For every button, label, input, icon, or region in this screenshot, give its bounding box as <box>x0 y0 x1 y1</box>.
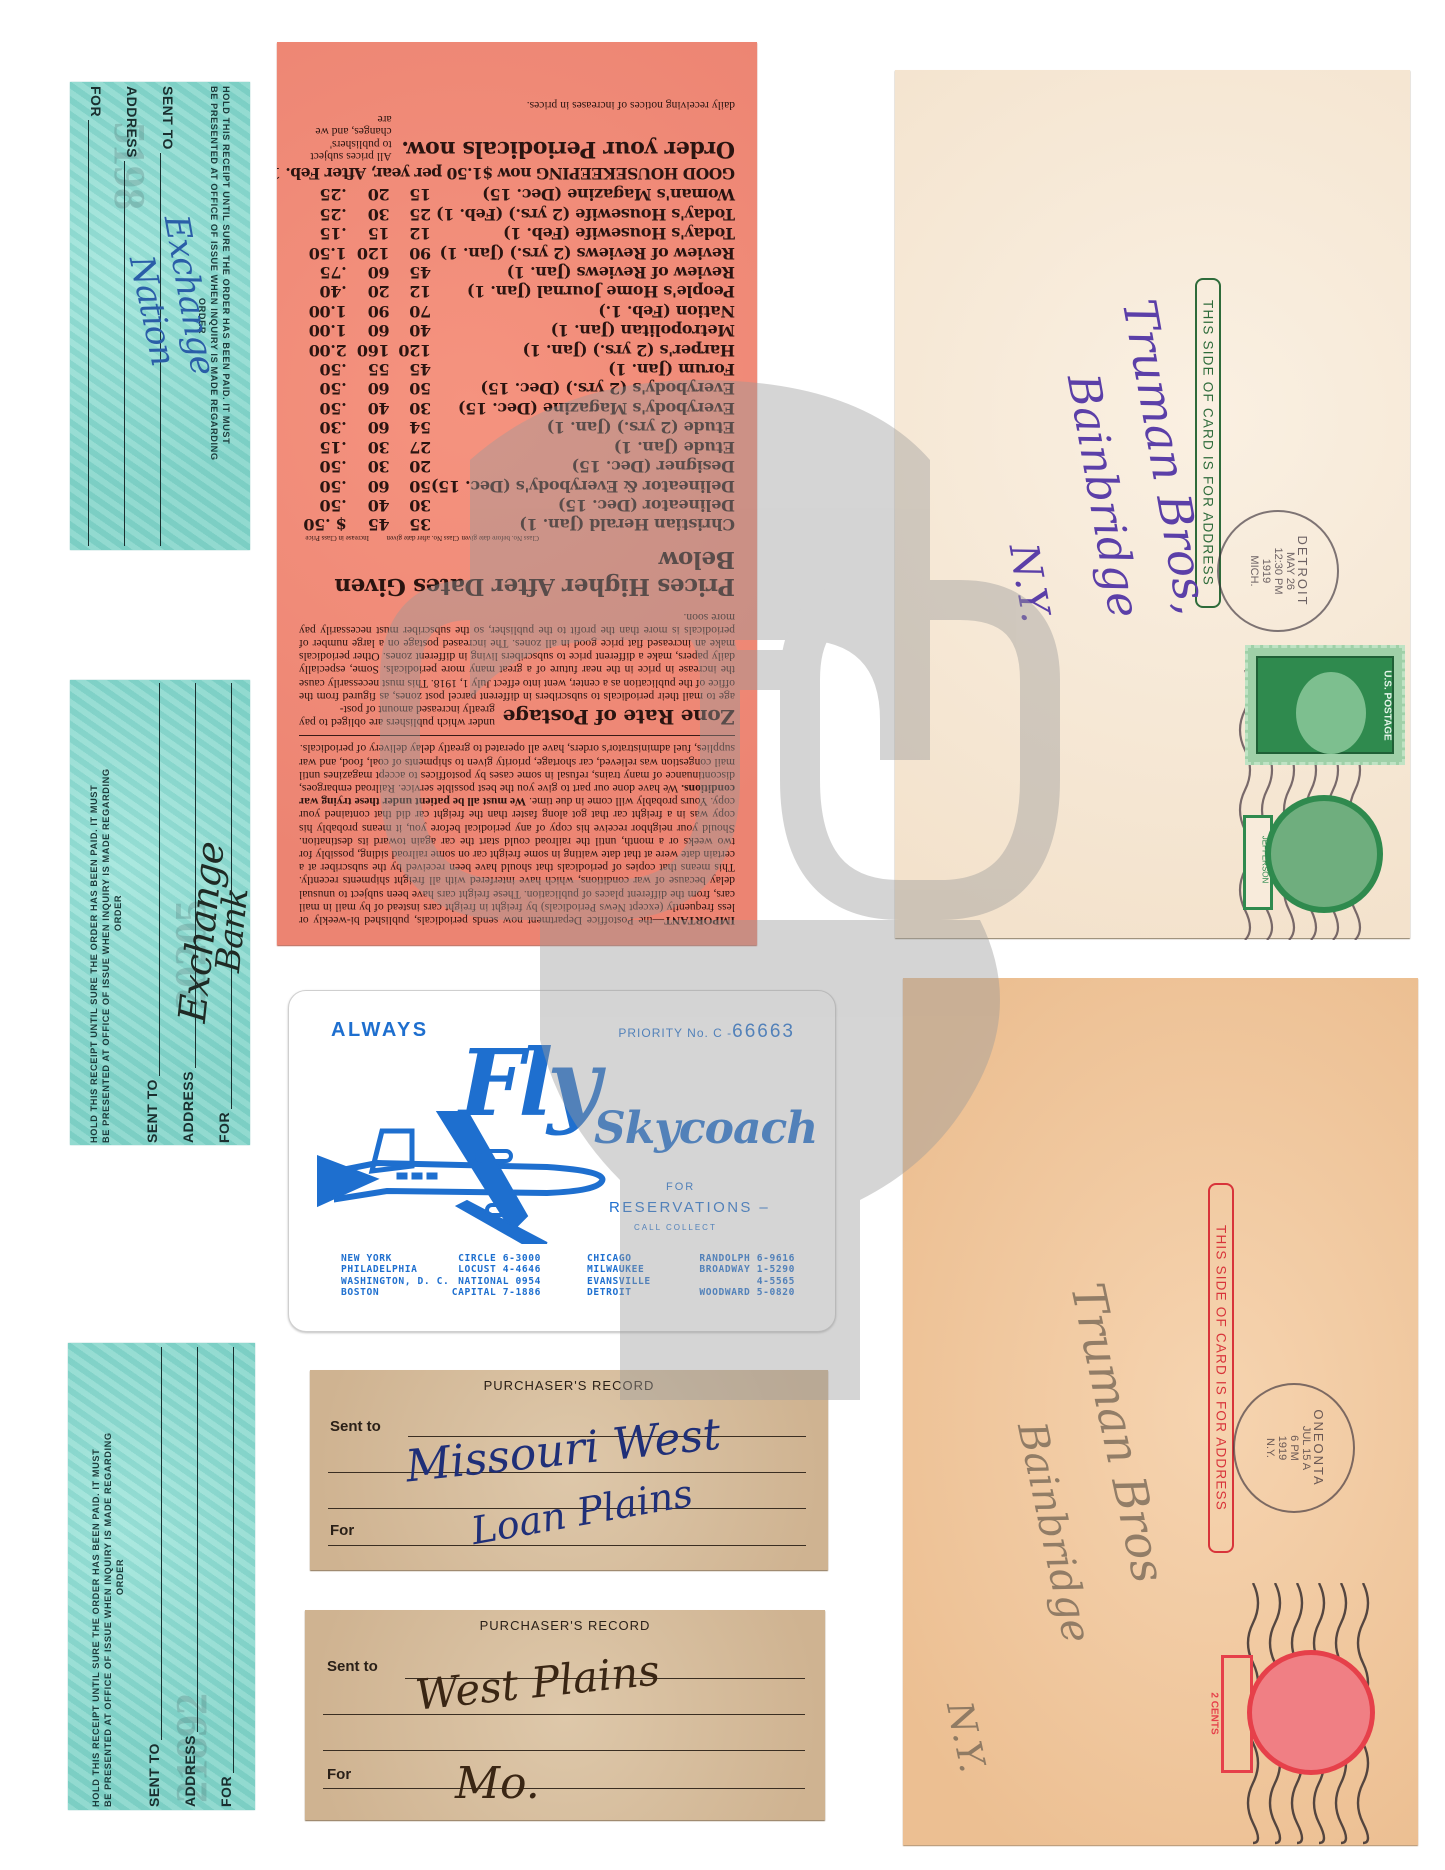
price-row: Review of Reviews (2 yrs.) (Jan. 1)90120… <box>299 243 735 262</box>
price-cell-before: 120 <box>390 340 432 359</box>
postmark-oneonta: ONEONTA JUL 15 A 6 PM 1919 N.Y. <box>1233 1383 1355 1513</box>
price-cell-after: 20 <box>347 185 390 204</box>
price-cell-after: 60 <box>347 476 390 495</box>
contact-city: BOSTON <box>341 1287 379 1298</box>
skycoach-priority-card: ALWAYS PRIORITY No. C -66663 Fly Skycoac… <box>288 990 836 1332</box>
contact-row: BOSTONCAPITAL 7-1886 <box>341 1287 541 1298</box>
price-cell-increase: .50 <box>299 476 347 495</box>
purchasers-record-2: PURCHASER'S RECORD Sent to For West Plai… <box>305 1610 825 1820</box>
price-cell-before: 70 <box>390 301 432 320</box>
price-cell-name: Christian Herald (Jan. 1) <box>431 515 735 534</box>
purchasers-record-title: PURCHASER'S RECORD <box>310 1378 828 1393</box>
price-cell-increase: .50 <box>299 360 347 379</box>
price-cell-before: 35 <box>390 515 432 534</box>
price-row: Nation (Feb. 1.)70901.00 <box>299 301 735 320</box>
contact-row: DETROITWOODWARD 5-0820 <box>587 1287 795 1298</box>
price-cell-name: Nation (Feb. 1.) <box>431 301 735 320</box>
sent-to-label: SENT TO <box>160 86 176 150</box>
airplane-icon <box>317 1111 617 1246</box>
price-cell-increase: 1.00 <box>299 301 347 320</box>
price-cell-name: Harper's (2 yrs.) (Jan. 1) <box>431 340 735 359</box>
price-cell-after: 45 <box>347 515 390 534</box>
price-row: Delineator & Everybody's (Dec. 15)5060.5… <box>299 476 735 495</box>
price-cell-name: Today's Housewife (2 yrs.) (Feb. 1) <box>431 204 735 223</box>
for-label: FOR <box>218 1775 234 1806</box>
contact-phone: LOCUST 4-4646 <box>458 1264 541 1275</box>
price-row: People's Home Journal (Jan. 1)1220.40 <box>299 282 735 301</box>
price-cell-before: 30 <box>390 496 432 515</box>
price-cell-after: 30 <box>347 437 390 456</box>
contact-city: CHICAGO <box>587 1253 632 1264</box>
price-cell-after: 60 <box>347 379 390 398</box>
price-cell-increase: .50 <box>299 457 347 476</box>
hold-receipt-notice: HOLD THIS RECEIPT UNTIL SURE THE ORDER H… <box>90 1347 126 1807</box>
for-label: For <box>327 1766 351 1783</box>
price-cell-name: Woman's Magazine (Dec. 15) <box>431 185 735 204</box>
handwritten-address-line-3: N.Y. <box>938 1698 993 1776</box>
purchasers-record-title: PURCHASER'S RECORD <box>305 1618 825 1633</box>
price-cell-increase: .75 <box>299 263 347 282</box>
sent-to-label: Sent to <box>330 1418 381 1435</box>
price-cell-after: 15 <box>347 224 390 243</box>
contact-row: PHILADELPHIALOCUST 4-4646 <box>341 1264 541 1275</box>
price-cell-after: 60 <box>347 321 390 340</box>
price-cell-name: Review of Reviews (Jan. 1) <box>431 263 735 282</box>
price-cell-before: 90 <box>390 243 432 262</box>
one-cent-postal-card-indicia: JEFFERSON <box>1243 795 1388 910</box>
for-label: FOR <box>88 86 104 117</box>
postal-card-oneonta: THIS SIDE OF CARD IS FOR ADDRESS ONEONTA… <box>903 978 1418 1845</box>
price-cell-after: 40 <box>347 398 390 417</box>
hold-receipt-notice: HOLD THIS RECEIPT UNTIL SURE THE ORDER H… <box>88 683 124 1143</box>
price-row: Forum (Jan. 1)4555.50 <box>299 360 735 379</box>
contact-row: MILWAUKEEBROADWAY 1-5290 <box>587 1264 795 1275</box>
price-cell-after: 60 <box>347 418 390 437</box>
price-cell-before: 20 <box>390 457 432 476</box>
contact-phone: RANDOLPH 6-9616 <box>699 1253 795 1264</box>
price-row: Etude (2 yrs.) (Jan. 1)5460.30 <box>299 418 735 437</box>
price-cell-name: Delineator & Everybody's (Dec. 15) <box>431 476 735 495</box>
price-row: Everybody's Magazine (Dec. 15)3040.50 <box>299 398 735 417</box>
always-label: ALWAYS <box>331 1019 429 1042</box>
price-row: Everybody's (2 yrs.) (Dec. 15)5060.50 <box>299 379 735 398</box>
price-row: Harper's (2 yrs.) (Jan. 1)1201602.00 <box>299 340 735 359</box>
for-label: FOR <box>666 1181 695 1193</box>
price-cell-increase: .50 <box>299 496 347 515</box>
sent-to-label: SENT TO <box>144 1079 160 1143</box>
contact-city: NEW YORK <box>341 1253 392 1264</box>
price-row: Today's Housewife (Feb. 1)1215.15 <box>299 224 735 243</box>
price-cell-name: Review of Reviews (2 yrs.) (Jan. 1) <box>431 243 735 262</box>
price-cell-before: 40 <box>390 321 432 340</box>
call-collect-label: CALL COLLECT <box>634 1223 717 1232</box>
money-order-receipt-2: 20205 HOLD THIS RECEIPT UNTIL SURE THE O… <box>70 680 250 1145</box>
contact-phone: NATIONAL 0954 <box>458 1276 541 1287</box>
price-cell-increase: .30 <box>299 418 347 437</box>
price-cell-increase: .50 <box>299 398 347 417</box>
price-cell-before: 25 <box>390 204 432 223</box>
price-row: Review of Reviews (Jan. 1)4560.75 <box>299 263 735 282</box>
price-cell-name: Etude (Jan. 1) <box>431 437 735 456</box>
address-side-banner: THIS SIDE OF CARD IS FOR ADDRESS <box>1208 1183 1234 1553</box>
periodicals-price-notice-card: IMPORTANT—the Postoffice Department now … <box>277 42 757 945</box>
handwritten-for: Mo. <box>455 1758 540 1809</box>
contact-row: WASHINGTON, D. C.NATIONAL 0954 <box>341 1276 541 1287</box>
price-cell-name: Everybody's Magazine (Dec. 15) <box>431 398 735 417</box>
postal-card-detroit: THIS SIDE OF CARD IS FOR ADDRESS DETROIT… <box>895 70 1410 938</box>
contact-row: NEW YORKCIRCLE 6-3000 <box>341 1253 541 1264</box>
price-cell-before: 30 <box>390 398 432 417</box>
contact-city: DETROIT <box>587 1287 632 1298</box>
handwritten-address: Bank <box>208 887 257 974</box>
price-cell-before: 50 <box>390 379 432 398</box>
price-cell-name: Delineator (Dec. 15) <box>431 496 735 515</box>
price-cell-increase: 1.00 <box>299 321 347 340</box>
price-cell-before: 45 <box>390 263 432 282</box>
price-cell-increase: .15 <box>299 437 347 456</box>
price-cell-name: Forum (Jan. 1) <box>431 360 735 379</box>
price-row: Metropolitan (Jan. 1)40601.00 <box>299 321 735 340</box>
price-cell-increase: 1.50 <box>299 243 347 262</box>
price-row: Delineator (Dec. 15)3040.50 <box>299 496 735 515</box>
price-cell-after: 160 <box>347 340 390 359</box>
contact-city: MILWAUKEE <box>587 1264 644 1275</box>
price-cell-before: 54 <box>390 418 432 437</box>
contact-city: PHILADELPHIA <box>341 1264 418 1275</box>
purchasers-record-1: PURCHASER'S RECORD Sent to For Missouri … <box>310 1370 828 1570</box>
reservations-label: RESERVATIONS – <box>609 1199 770 1216</box>
money-order-receipt-1: 5198 HOLD THIS RECEIPT UNTIL SURE THE OR… <box>70 82 250 550</box>
contact-row: CHICAGORANDOLPH 6-9616 <box>587 1253 795 1264</box>
price-cell-after: 40 <box>347 496 390 515</box>
price-cell-after: 30 <box>347 204 390 223</box>
good-housekeeping-price: GOOD HOUSEKEEPING now $1.50 per year, Af… <box>299 164 735 183</box>
price-cell-name: Etude (2 yrs.) (Jan. 1) <box>431 418 735 437</box>
contact-phone: WOODWARD 5-0820 <box>699 1287 795 1298</box>
contact-row: EVANSVILLE4-5565 <box>587 1276 795 1287</box>
price-cell-increase: 2.00 <box>299 340 347 359</box>
price-cell-before: 45 <box>390 360 432 379</box>
address-label: ADDRESS <box>180 1071 196 1143</box>
for-label: For <box>330 1522 354 1539</box>
price-row: Today's Housewife (2 yrs.) (Feb. 1)2530.… <box>299 204 735 223</box>
price-cell-increase: .40 <box>299 282 347 301</box>
price-cell-after: 60 <box>347 263 390 282</box>
price-cell-name: People's Home Journal (Jan. 1) <box>431 282 735 301</box>
price-cell-increase: .50 <box>299 379 347 398</box>
contact-phone: 4-5565 <box>757 1276 795 1287</box>
zone-rate-section: Zone Rate of Postage under which publish… <box>299 703 735 729</box>
handwritten-address-line-3: N.Y. <box>1000 540 1059 626</box>
postmark-detroit: DETROIT MAY 26 12:30 PM 1919 MICH. <box>1217 510 1339 632</box>
price-cell-after: 30 <box>347 457 390 476</box>
price-cell-after: 120 <box>347 243 390 262</box>
skycoach-script-logo: Skycoach <box>594 1103 817 1154</box>
contacts-right: CHICAGORANDOLPH 6-9616MILWAUKEEBROADWAY … <box>587 1253 795 1298</box>
price-cell-increase: .15 <box>299 224 347 243</box>
periodical-price-table: Christian Herald (Jan. 1)3545$ .50Deline… <box>299 185 735 534</box>
one-cent-adhesive-stamp: U.S. POSTAGE <box>1245 645 1405 765</box>
contact-phone: CIRCLE 6-3000 <box>458 1253 541 1264</box>
handwritten-for: Loan Plains <box>468 1471 696 1553</box>
priority-number: PRIORITY No. C -66663 <box>618 1021 795 1043</box>
contact-phone: BROADWAY 1-5290 <box>699 1264 795 1275</box>
contact-city: WASHINGTON, D. C. <box>341 1276 449 1287</box>
price-cell-before: 12 <box>390 224 432 243</box>
price-table-headers: Class No. before date given Class No. af… <box>299 534 735 542</box>
price-cell-before: 27 <box>390 437 432 456</box>
price-cell-after: 55 <box>347 360 390 379</box>
two-cent-postal-card-indicia: 2 CENTS <box>1221 1650 1381 1775</box>
prices-higher-title: Prices Higher After Dates Given Below <box>299 546 735 600</box>
price-cell-after: 20 <box>347 282 390 301</box>
price-cell-name: Today's Housewife (Feb. 1) <box>431 224 735 243</box>
contact-phone: CAPITAL 7-1886 <box>452 1287 541 1298</box>
price-cell-name: Everybody's (2 yrs.) (Dec. 15) <box>431 379 735 398</box>
address-label: ADDRESS <box>124 86 140 158</box>
handwritten-sent-to: West Plains <box>413 1645 662 1719</box>
price-row: Christian Herald (Jan. 1)3545$ .50 <box>299 515 735 534</box>
price-cell-name: Metropolitan (Jan. 1) <box>431 321 735 340</box>
order-now-title: Order your Periodicals now. <box>402 136 735 162</box>
important-notice: IMPORTANT—the Postoffice Department now … <box>299 742 735 927</box>
money-order-receipt-3: 21892 HOLD THIS RECEIPT UNTIL SURE THE O… <box>68 1343 255 1810</box>
price-row: Etude (Jan. 1)2730.15 <box>299 437 735 456</box>
price-cell-before: 15 <box>390 185 432 204</box>
price-cell-increase: .25 <box>299 204 347 223</box>
sent-to-label: Sent to <box>327 1658 378 1675</box>
price-cell-before: 50 <box>390 476 432 495</box>
sent-to-label: SENT TO <box>146 1743 162 1807</box>
price-cell-name: Designer (Dec. 15) <box>431 457 735 476</box>
price-row: Woman's Magazine (Dec. 15)1520.25 <box>299 185 735 204</box>
price-cell-before: 12 <box>390 282 432 301</box>
price-cell-after: 90 <box>347 301 390 320</box>
address-label: ADDRESS <box>182 1735 198 1807</box>
contacts-left: NEW YORKCIRCLE 6-3000PHILADELPHIALOCUST … <box>341 1253 541 1298</box>
price-row: Designer (Dec. 15)2030.50 <box>299 457 735 476</box>
handwritten-address-line-2: Bainbridge <box>1008 1418 1100 1647</box>
contact-city: EVANSVILLE <box>587 1276 651 1287</box>
price-cell-increase: .25 <box>299 185 347 204</box>
for-label: FOR <box>216 1111 232 1142</box>
price-cell-increase: $ .50 <box>299 515 347 534</box>
